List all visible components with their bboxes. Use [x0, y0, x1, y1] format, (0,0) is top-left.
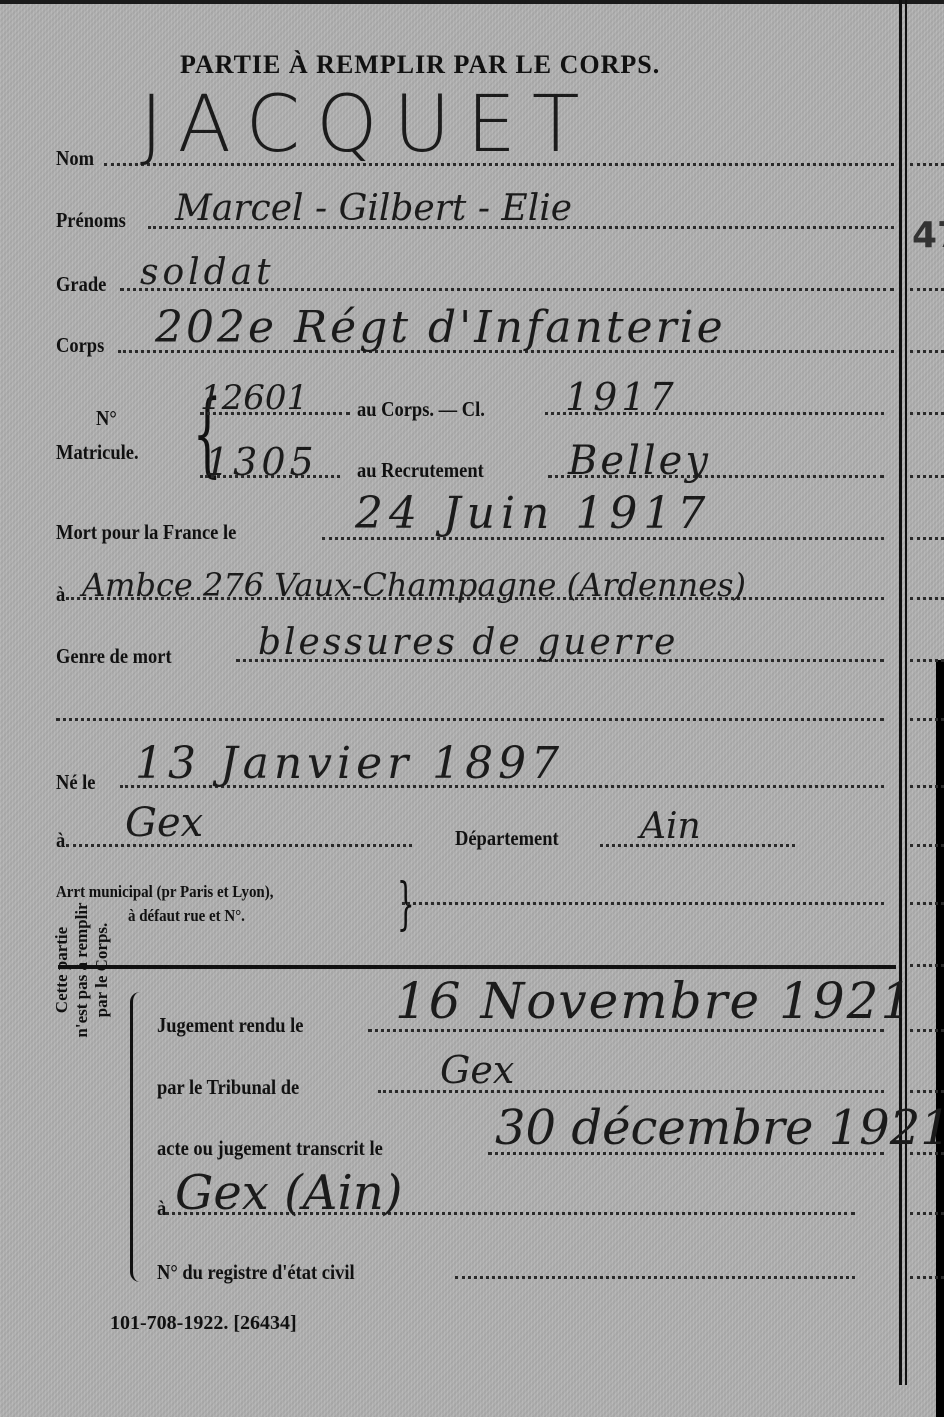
- margin-dots: [910, 659, 944, 662]
- mort-value: 24 Juin 1917: [355, 488, 711, 539]
- margin-dots: [910, 1212, 944, 1215]
- margin-dots: [910, 785, 944, 788]
- nom-value: JACQUET: [140, 80, 596, 170]
- margin-dots: [910, 350, 944, 353]
- form-header: PARTIE À REMPLIR PAR LE CORPS.: [180, 50, 660, 80]
- margin-dots: [910, 1090, 944, 1093]
- side-note-line-1: Cette partie: [52, 855, 72, 1085]
- section-brace: [130, 992, 143, 1282]
- margin-line: [899, 0, 902, 1385]
- side-note: Cette partie n'est pas à remplir par le …: [52, 855, 112, 1085]
- nom-label: Nom: [56, 146, 94, 171]
- prenoms-value: Marcel - Gilbert - Elie: [175, 188, 572, 229]
- margin-dots: [910, 964, 944, 967]
- margin-dots: [910, 1276, 944, 1279]
- lieu-transcription-value: Gex (Ain): [175, 1165, 402, 1221]
- margin-dots: [910, 537, 944, 540]
- matricule-corps-line: [200, 412, 350, 415]
- prenoms-label: Prénoms: [56, 208, 126, 233]
- genre-mort-label: Genre de mort: [56, 644, 172, 669]
- transcrit-value: 30 décembre 1921: [495, 1100, 944, 1156]
- jugement-label: Jugement rendu le: [157, 1013, 303, 1038]
- mort-label: Mort pour la France le: [56, 520, 236, 545]
- recrutement-label: au Recrutement: [357, 458, 484, 483]
- arrondissement-brace: }: [397, 877, 415, 933]
- margin-dots: [910, 597, 944, 600]
- naissance-label: Né le: [56, 770, 96, 795]
- registre-line: [455, 1276, 855, 1279]
- corps-value: 202e Régt d'Infanterie: [155, 302, 726, 353]
- arrondissement-line: [402, 902, 884, 905]
- section-divider: [58, 965, 896, 969]
- matricule-label-bottom: Matricule.: [56, 440, 139, 465]
- edge-stamp: 47: [912, 215, 944, 256]
- top-border: [0, 0, 944, 4]
- blank-line: [56, 718, 884, 721]
- margin-line: [905, 0, 907, 1385]
- margin-dots: [910, 1029, 944, 1032]
- lieu-naissance-line: [66, 844, 412, 847]
- tribunal-label: par le Tribunal de: [157, 1075, 299, 1100]
- margin-dots: [910, 288, 944, 291]
- side-note-line-2: n'est pas à remplir: [72, 855, 92, 1085]
- genre-mort-value: blessures de guerre: [258, 622, 678, 663]
- corps-label: Corps: [56, 333, 104, 358]
- margin-dots: [910, 718, 944, 721]
- corps-class-label: au Corps. — Cl.: [357, 397, 485, 422]
- margin-dots: [910, 163, 944, 166]
- departement-value: Ain: [640, 806, 701, 847]
- margin-dots: [910, 475, 944, 478]
- naissance-value: 13 Janvier 1897: [135, 738, 564, 789]
- side-note-line-3: par le Corps.: [92, 855, 112, 1085]
- lieu-mort-label: à: [56, 582, 65, 607]
- margin-dots: [910, 902, 944, 905]
- record-card: 47 PARTIE À REMPLIR PAR LE CORPS. Nom JA…: [0, 0, 944, 1417]
- print-reference: 101-708-1922. [26434]: [110, 1312, 297, 1335]
- margin-dots: [910, 412, 944, 415]
- arrondissement-label-2: à défaut rue et N°.: [128, 906, 245, 926]
- lieu-naissance-value: Gex: [125, 800, 203, 846]
- transcrit-label: acte ou jugement transcrit le: [157, 1136, 383, 1161]
- scan-edge: [936, 660, 944, 1417]
- matricule-recrutement-line: [200, 475, 340, 478]
- margin-dots: [910, 844, 944, 847]
- lieu-transcription-label: à: [157, 1196, 166, 1221]
- registre-label: N° du registre d'état civil: [157, 1260, 355, 1285]
- jugement-value: 16 Novembre 1921: [395, 972, 914, 1030]
- grade-label: Grade: [56, 272, 106, 297]
- recrutement-value: Belley: [568, 438, 711, 484]
- grade-value: soldat: [140, 252, 275, 293]
- matricule-label-top: N°: [96, 406, 117, 431]
- departement-label: Département: [455, 826, 559, 851]
- classe-value: 1917: [565, 375, 678, 419]
- tribunal-value: Gex: [440, 1048, 514, 1092]
- lieu-naissance-label: à: [56, 828, 65, 853]
- lieu-mort-value: Ambce 276 Vaux-Champagne (Ardennes): [82, 566, 746, 604]
